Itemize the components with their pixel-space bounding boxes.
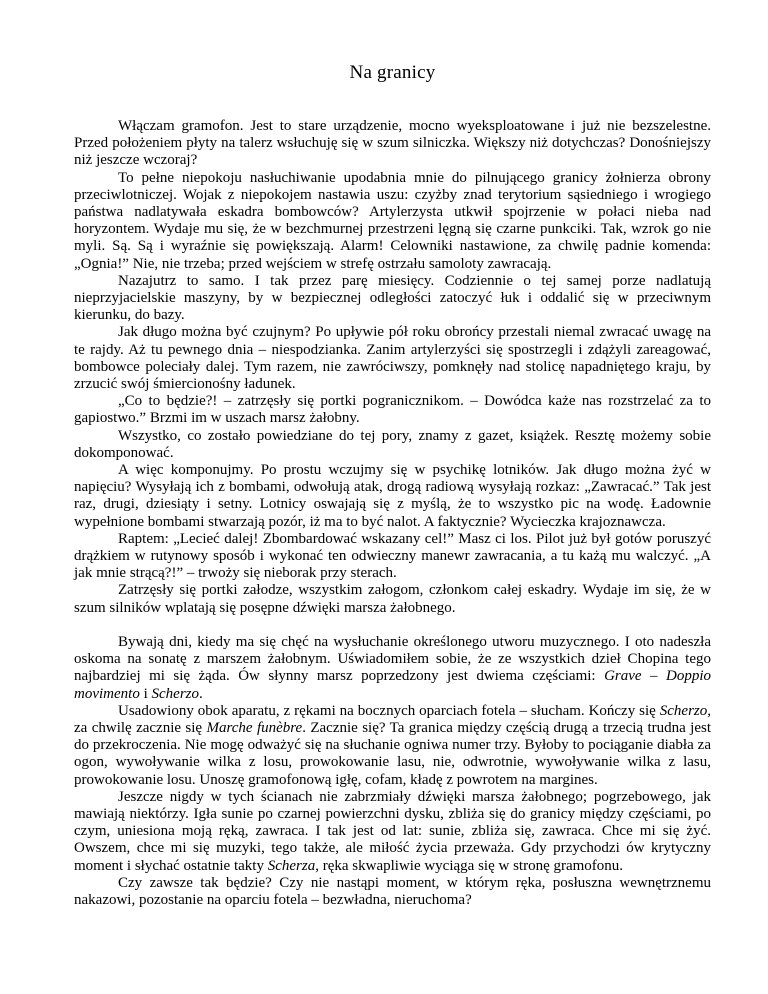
text-run: , ręka skwapliwie wyciąga się w stronę g…: [315, 858, 623, 874]
text-run: Wszystko, co zostało powiedziane do tej …: [74, 428, 711, 461]
text-run: Włączam gramofon. Jest to stare urządzen…: [74, 118, 711, 168]
document-page: Na granicy Włączam gramofon. Jest to sta…: [0, 0, 768, 994]
text-run: .: [199, 686, 203, 702]
paragraph: Czy zawsze tak będzie? Czy nie nastąpi m…: [74, 875, 711, 909]
paragraph: „Co to będzie?! – zatrzęsły się portki p…: [74, 393, 711, 427]
italic-text-run: Marche funèbre: [206, 720, 302, 736]
text-run: Czy zawsze tak będzie? Czy nie nastąpi m…: [74, 875, 711, 908]
paragraph: Raptem: „Lecieć dalej! Zbombardować wska…: [74, 531, 711, 583]
page-title: Na granicy: [74, 62, 711, 84]
paragraph: A więc komponujmy. Po prostu wczujmy się…: [74, 462, 711, 531]
text-run: i: [140, 686, 152, 702]
text-run: To pełne niepokoju nasłuchiwanie upodabn…: [74, 170, 711, 272]
text-run: Jak długo można być czujnym? Po upływie …: [74, 324, 711, 392]
text-run: A więc komponujmy. Po prostu wczujmy się…: [74, 462, 711, 530]
paragraph: Włączam gramofon. Jest to stare urządzen…: [74, 118, 711, 170]
text-run: Nazajutrz to samo. I tak przez parę mies…: [74, 273, 711, 323]
text-run: Usadowiony obok aparatu, z rękami na boc…: [118, 703, 660, 719]
italic-text-run: Scherzo: [152, 686, 200, 702]
paragraph: To pełne niepokoju nasłuchiwanie upodabn…: [74, 170, 711, 273]
paragraph: Wszystko, co zostało powiedziane do tej …: [74, 428, 711, 462]
paragraph: Bywają dni, kiedy ma się chęć na wysłuch…: [74, 634, 711, 703]
paragraph: Usadowiony obok aparatu, z rękami na boc…: [74, 703, 711, 789]
paragraph: Jeszcze nigdy w tych ścianach nie zabrzm…: [74, 789, 711, 875]
paragraph: Nazajutrz to samo. I tak przez parę mies…: [74, 273, 711, 325]
document-body: Włączam gramofon. Jest to stare urządzen…: [74, 118, 711, 909]
paragraph: Zatrzęsły się portki załodze, wszystkim …: [74, 582, 711, 616]
italic-text-run: Scherza: [268, 858, 316, 874]
text-run: „Co to będzie?! – zatrzęsły się portki p…: [74, 393, 711, 426]
italic-text-run: Scherzo: [660, 703, 708, 719]
paragraph: Jak długo można być czujnym? Po upływie …: [74, 324, 711, 393]
text-run: Zatrzęsły się portki załodze, wszystkim …: [74, 582, 711, 615]
text-run: Raptem: „Lecieć dalej! Zbombardować wska…: [74, 531, 711, 581]
